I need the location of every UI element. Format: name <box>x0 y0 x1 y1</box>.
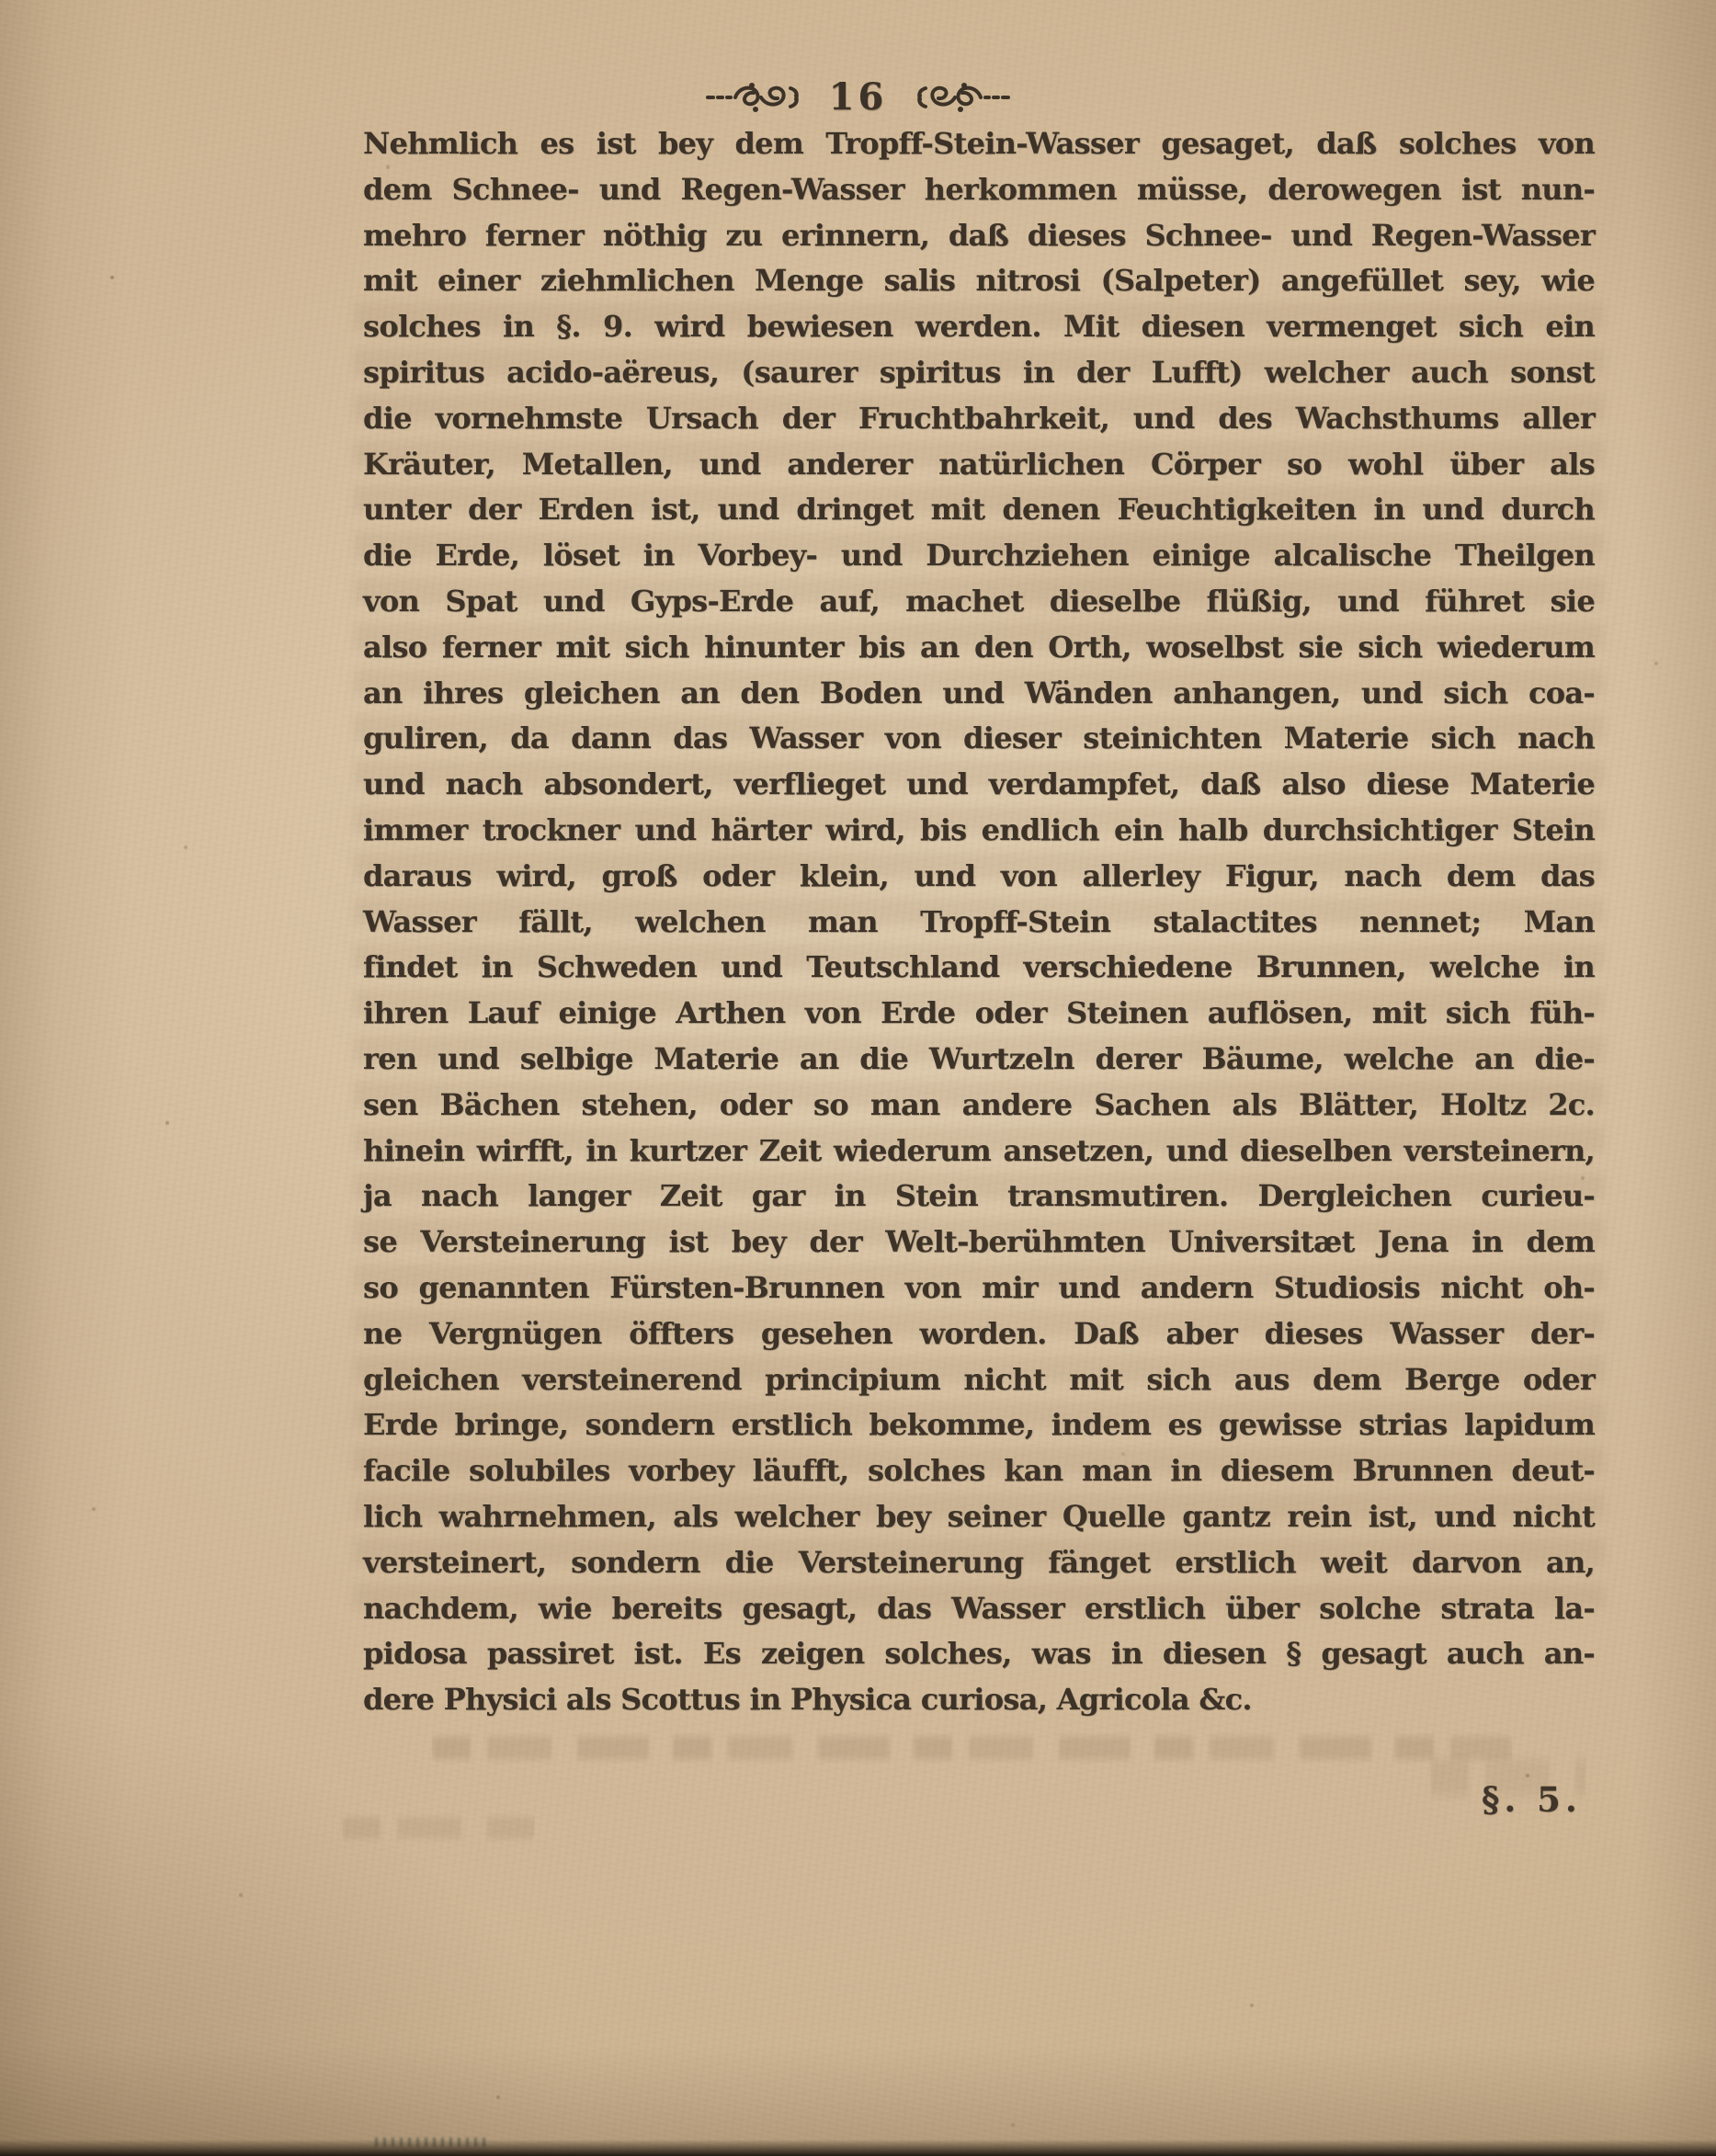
body-text-block: Nehmlich es ist bey dem Tropff-Stein-Was… <box>363 121 1595 1723</box>
text-line: so genannten Fürsten-Brunnen von mir und… <box>363 1265 1595 1311</box>
section-catchword: §. 5. <box>1482 1779 1582 1820</box>
text-line: mehro ferner nöthig zu erinnern, daß die… <box>363 213 1595 259</box>
text-line: se Versteinerung ist bey der Welt-berühm… <box>363 1220 1595 1265</box>
text-line: ihren Lauf einige Arthen von Erde oder S… <box>363 991 1595 1037</box>
text-line: also ferner mit sich hinunter bis an den… <box>363 625 1595 671</box>
text-line: die Erde, löset in Vorbey- und Durchzieh… <box>363 533 1595 579</box>
floral-flourish-right-icon <box>915 77 1010 118</box>
floral-flourish-left-icon <box>706 77 801 118</box>
book-page-scan: 16 Nehmlich es ist bey dem Tropff-Stein-… <box>0 0 1716 2156</box>
text-line: spiritus acido-aëreus, (saurer spiritus … <box>363 350 1595 396</box>
text-line: guliren, da dann das Wasser von dieser s… <box>363 716 1595 762</box>
text-line: an ihres gleichen an den Boden und Wände… <box>363 671 1595 717</box>
text-line: und nach absondert, verflieget und verda… <box>363 762 1595 808</box>
scan-bottom-edge <box>0 2139 1716 2156</box>
text-line: Erde bringe, sondern erstlich bekomme, i… <box>363 1402 1595 1448</box>
text-line: gleichen versteinerend principium nicht … <box>363 1357 1595 1403</box>
bleedthrough-text-ghost <box>342 1812 535 1844</box>
text-line: ren und selbige Materie an die Wurtzeln … <box>363 1037 1595 1083</box>
text-line: lich wahrnehmen, als welcher bey seiner … <box>363 1494 1595 1540</box>
text-line: sen Bächen stehen, oder so man andere Sa… <box>363 1083 1595 1129</box>
text-line: ne Vergnügen öffters gesehen worden. Daß… <box>363 1311 1595 1357</box>
text-line: findet in Schweden und Teutschland versc… <box>363 945 1595 991</box>
text-line: von Spat und Gyps-Erde auf, machet diese… <box>363 579 1595 625</box>
text-line: pidosa passiret ist. Es zeigen solches, … <box>363 1631 1595 1677</box>
text-line: mit einer ziehmlichen Menge salis nitros… <box>363 258 1595 304</box>
text-line: unter der Erden ist, und dringet mit den… <box>363 487 1595 533</box>
text-line: immer trockner und härter wird, bis endl… <box>363 808 1595 854</box>
text-line: Nehmlich es ist bey dem Tropff-Stein-Was… <box>363 121 1595 167</box>
bleedthrough-text-ghost <box>432 1731 1512 1765</box>
text-line: nachdem, wie bereits gesagt, das Wasser … <box>363 1586 1595 1632</box>
text-line: facile solubiles vorbey läufft, solches … <box>363 1448 1595 1494</box>
text-line: versteinert, sondern die Versteinerung f… <box>363 1540 1595 1586</box>
text-line: solches in §. 9. wird bewiesen werden. M… <box>363 304 1595 350</box>
text-line: daraus wird, groß oder klein, und von al… <box>363 854 1595 900</box>
text-line: dem Schnee- und Regen-Wasser herkommen m… <box>363 167 1595 213</box>
paper-specks <box>110 276 114 279</box>
text-line: dere Physici als Scottus in Physica curi… <box>363 1677 1595 1723</box>
text-line: Kräuter, Metallen, und anderer natürlich… <box>363 442 1595 488</box>
page-number: 16 <box>829 75 888 119</box>
text-line: hinein wirfft, in kurtzer Zeit wiederum … <box>363 1129 1595 1174</box>
text-line: die vornehmste Ursach der Fruchtbahrkeit… <box>363 396 1595 442</box>
text-line: ja nach langer Zeit gar in Stein transmu… <box>363 1174 1595 1220</box>
text-line: Wasser fällt, welchen man Tropff-Stein s… <box>363 900 1595 946</box>
running-head: 16 <box>0 75 1716 119</box>
